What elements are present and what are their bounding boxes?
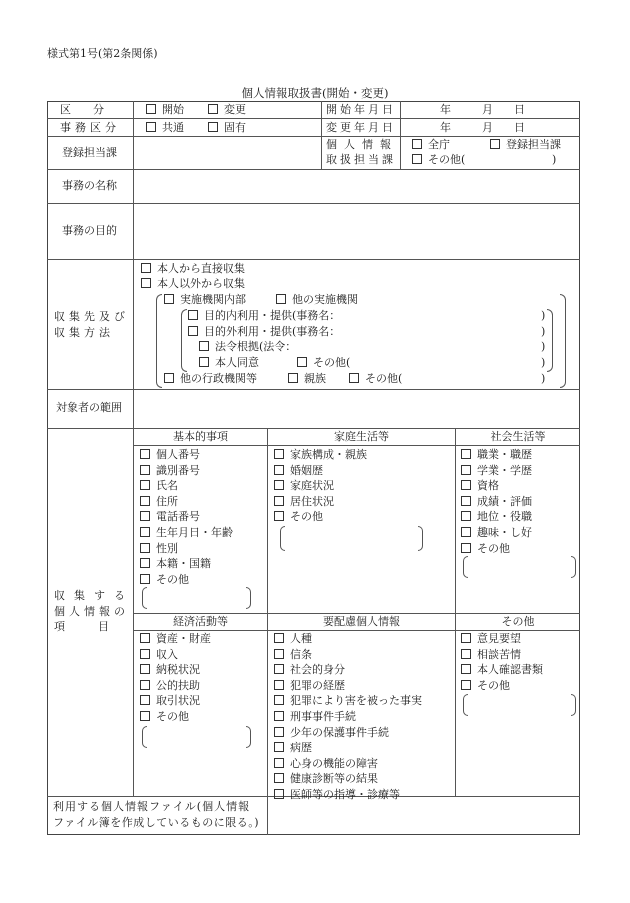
checkbox[interactable] bbox=[274, 449, 284, 459]
checkbox[interactable] bbox=[140, 574, 150, 584]
checkbox[interactable] bbox=[461, 480, 471, 490]
list-item[interactable]: 心身の機能の障害 bbox=[274, 756, 422, 772]
collect-other-agency[interactable]: 他の実施機関 bbox=[276, 293, 358, 307]
handler-label-line1: 個人情報 bbox=[326, 138, 398, 152]
list-item[interactable]: 家族構成・親族 bbox=[274, 447, 367, 463]
jimu-kubun-option-specific[interactable]: 固有 bbox=[208, 121, 246, 135]
checkbox[interactable] bbox=[141, 263, 151, 273]
checkbox[interactable] bbox=[140, 558, 150, 568]
list-item[interactable]: 犯罪により害を被った事実 bbox=[274, 693, 422, 709]
target-range-field[interactable] bbox=[134, 390, 579, 428]
checkbox[interactable] bbox=[461, 649, 471, 659]
close-paren: ) bbox=[541, 340, 545, 354]
jimu-purpose-label: 事務の目的 bbox=[62, 224, 117, 238]
start-date-month[interactable]: 月 bbox=[482, 103, 493, 117]
checkbox[interactable] bbox=[461, 633, 471, 643]
start-date-day[interactable]: 日 bbox=[514, 103, 525, 117]
collect-consent[interactable]: 本人同意 bbox=[199, 356, 259, 370]
checkbox[interactable] bbox=[140, 633, 150, 643]
checkbox[interactable] bbox=[140, 480, 150, 490]
checkbox[interactable] bbox=[274, 695, 284, 705]
checkbox[interactable] bbox=[274, 465, 284, 475]
items-label-line1: 収集する bbox=[54, 589, 134, 603]
bracket-right bbox=[246, 587, 251, 609]
change-date-label: 変更年月日 bbox=[326, 121, 396, 135]
checkbox[interactable] bbox=[274, 511, 284, 521]
list-item[interactable]: 職業・職歴 bbox=[461, 447, 532, 463]
list-item[interactable]: 信条 bbox=[274, 647, 422, 663]
list-item[interactable]: 住所 bbox=[140, 494, 233, 510]
collect-other[interactable]: その他( bbox=[297, 356, 350, 370]
tanto-label: 登録担当課 bbox=[62, 146, 117, 160]
handler-label-line2: 取扱担当課 bbox=[326, 153, 396, 167]
checkbox[interactable] bbox=[146, 122, 156, 132]
row-divider bbox=[47, 259, 580, 260]
checkbox[interactable] bbox=[274, 680, 284, 690]
list-item[interactable]: 成績・評価 bbox=[461, 494, 532, 510]
jimu-kubun-option-common[interactable]: 共通 bbox=[146, 121, 184, 135]
checkbox[interactable] bbox=[140, 543, 150, 553]
col-divider bbox=[455, 428, 456, 796]
checkbox[interactable] bbox=[274, 649, 284, 659]
list-item[interactable]: 病歴 bbox=[274, 740, 422, 756]
bracket-left bbox=[463, 694, 468, 716]
group-header-other: その他 bbox=[456, 615, 580, 629]
sensitive-items-list: 人種 信条 社会的身分 犯罪の経歴 犯罪により害を被った事実 刑事事件手続 少年… bbox=[274, 631, 422, 803]
other-items-list: 意見要望 相談苦情 本人確認書類 その他 bbox=[461, 631, 543, 693]
items-label-line3: 項 目 bbox=[54, 620, 109, 634]
checkbox[interactable] bbox=[208, 122, 218, 132]
checkbox[interactable] bbox=[140, 680, 150, 690]
list-item[interactable]: 健康診断等の結果 bbox=[274, 771, 422, 787]
checkbox[interactable] bbox=[461, 496, 471, 506]
list-item[interactable]: 居住状況 bbox=[274, 494, 367, 510]
checkbox[interactable] bbox=[274, 727, 284, 737]
checkbox[interactable] bbox=[188, 326, 198, 336]
handler-other-close: ) bbox=[552, 153, 556, 167]
list-item[interactable]: その他 bbox=[140, 572, 233, 588]
list-item[interactable]: 人種 bbox=[274, 631, 422, 647]
collect-other-gov[interactable]: 他の行政機関等 bbox=[164, 372, 257, 386]
kubun-option-change[interactable]: 変更 bbox=[208, 103, 246, 117]
list-item[interactable]: 取引状況 bbox=[140, 693, 211, 709]
list-item[interactable]: 納税状況 bbox=[140, 662, 211, 678]
kubun-option-start[interactable]: 開始 bbox=[146, 103, 184, 117]
checkbox[interactable] bbox=[140, 449, 150, 459]
list-item[interactable]: その他 bbox=[274, 509, 367, 525]
checkbox[interactable] bbox=[461, 543, 471, 553]
group-header-basic: 基本的事項 bbox=[134, 430, 267, 444]
checkbox[interactable] bbox=[188, 310, 198, 320]
list-item[interactable]: 学業・学歴 bbox=[461, 463, 532, 479]
bracket-left bbox=[142, 587, 147, 609]
checkbox[interactable] bbox=[276, 294, 286, 304]
checkbox[interactable] bbox=[412, 154, 422, 164]
checkbox[interactable] bbox=[274, 758, 284, 768]
bracket-left bbox=[142, 726, 147, 748]
close-paren: ) bbox=[541, 309, 545, 323]
handler-option-other[interactable]: その他( bbox=[412, 153, 465, 167]
checkbox[interactable] bbox=[140, 496, 150, 506]
checkbox[interactable] bbox=[208, 104, 218, 114]
list-item[interactable]: その他 bbox=[140, 709, 211, 725]
list-item[interactable]: 氏名 bbox=[140, 478, 233, 494]
list-item[interactable]: 社会的身分 bbox=[274, 662, 422, 678]
checkbox[interactable] bbox=[274, 711, 284, 721]
list-item[interactable]: 婚姻歴 bbox=[274, 463, 367, 479]
jimu-kubun-label: 事務区分 bbox=[60, 121, 120, 135]
checkbox[interactable] bbox=[461, 664, 471, 674]
bracket-right bbox=[418, 526, 423, 551]
economic-items-list: 資産・財産 収入 納税状況 公的扶助 取引状況 その他 bbox=[140, 631, 211, 725]
handler-option-all[interactable]: 全庁 bbox=[412, 138, 450, 152]
change-date-day[interactable]: 日 bbox=[514, 121, 525, 135]
collect-direct[interactable]: 本人から直接収集 bbox=[141, 262, 245, 276]
jimu-name-label: 事務の名称 bbox=[62, 179, 117, 193]
checkbox[interactable] bbox=[297, 357, 307, 367]
checkbox[interactable] bbox=[274, 480, 284, 490]
checkbox[interactable] bbox=[140, 711, 150, 721]
list-item[interactable]: 性別 bbox=[140, 541, 233, 557]
checkbox[interactable] bbox=[140, 511, 150, 521]
row-divider bbox=[133, 445, 580, 446]
group-header-economic: 経済活動等 bbox=[134, 615, 267, 629]
bracket-left bbox=[463, 556, 468, 578]
jimu-purpose-field[interactable] bbox=[134, 204, 579, 259]
bracket-right bbox=[571, 694, 576, 716]
handler-option-registered[interactable]: 登録担当課 bbox=[490, 138, 561, 152]
bracket-left bbox=[280, 526, 285, 551]
list-item[interactable]: 本人確認書類 bbox=[461, 662, 543, 678]
items-label-line2: 個人情報の bbox=[54, 605, 129, 619]
jimu-name-field[interactable] bbox=[134, 170, 579, 203]
target-range-label: 対象者の範囲 bbox=[56, 401, 122, 415]
bracket-right bbox=[571, 556, 576, 578]
list-item[interactable]: 趣味・し好 bbox=[461, 525, 532, 541]
checkbox[interactable] bbox=[274, 664, 284, 674]
tanto-field[interactable] bbox=[134, 137, 320, 169]
col-divider bbox=[321, 101, 322, 169]
bracket-right bbox=[246, 726, 251, 748]
list-item[interactable]: 個人番号 bbox=[140, 447, 233, 463]
list-item[interactable]: 意見要望 bbox=[461, 631, 543, 647]
start-date-label: 開始年月日 bbox=[326, 103, 396, 117]
list-item[interactable]: 相談苦情 bbox=[461, 647, 543, 663]
close-paren: ) bbox=[541, 372, 545, 386]
checkbox[interactable] bbox=[274, 773, 284, 783]
checkbox[interactable] bbox=[140, 695, 150, 705]
change-date-year[interactable]: 年 bbox=[440, 121, 451, 135]
checkbox[interactable] bbox=[140, 465, 150, 475]
list-item[interactable]: 地位・役職 bbox=[461, 509, 532, 525]
collect-relatives[interactable]: 親族 bbox=[288, 372, 326, 386]
collection-label-line2: 収集方法 bbox=[54, 326, 114, 340]
form-title: 個人情報取扱書(開始・変更) bbox=[0, 86, 630, 100]
file-label-line1: 利用する個人情報ファイル(個人情報 bbox=[53, 800, 250, 814]
collection-label-line1: 収集先及び bbox=[54, 310, 129, 324]
list-item[interactable]: 犯罪の経歴 bbox=[274, 678, 422, 694]
kubun-label: 区 分 bbox=[60, 103, 122, 117]
col-divider bbox=[400, 101, 401, 169]
checkbox[interactable] bbox=[412, 139, 422, 149]
list-item[interactable]: 刑事事件手続 bbox=[274, 709, 422, 725]
checkbox[interactable] bbox=[164, 373, 174, 383]
collect-other2[interactable]: その他( bbox=[349, 372, 402, 386]
checkbox[interactable] bbox=[140, 527, 150, 537]
checkbox[interactable] bbox=[164, 294, 174, 304]
row-divider bbox=[133, 613, 580, 614]
list-item[interactable]: その他 bbox=[461, 678, 543, 694]
basic-items-list: 個人番号 識別番号 氏名 住所 電話番号 生年月日・年齢 性別 本籍・国籍 その… bbox=[140, 447, 233, 587]
outer-bracket-left bbox=[156, 294, 162, 388]
close-paren: ) bbox=[541, 356, 545, 370]
list-item[interactable]: 少年の保護事件手続 bbox=[274, 725, 422, 741]
checkbox[interactable] bbox=[490, 139, 500, 149]
checkbox[interactable] bbox=[274, 496, 284, 506]
checkbox[interactable] bbox=[461, 680, 471, 690]
checkbox[interactable] bbox=[199, 341, 209, 351]
checkbox[interactable] bbox=[288, 373, 298, 383]
checkbox[interactable] bbox=[274, 742, 284, 752]
list-item[interactable]: 家庭状況 bbox=[274, 478, 367, 494]
inner-bracket-right bbox=[547, 309, 553, 372]
list-item[interactable]: 生年月日・年齢 bbox=[140, 525, 233, 541]
group-header-family: 家庭生活等 bbox=[268, 430, 455, 444]
list-item[interactable]: 資格 bbox=[461, 478, 532, 494]
collect-indirect[interactable]: 本人以外から収集 bbox=[141, 277, 245, 291]
checkbox[interactable] bbox=[146, 104, 156, 114]
collect-legal-basis[interactable]: 法令根拠(法令： bbox=[199, 340, 296, 354]
list-item[interactable]: その他 bbox=[461, 541, 532, 557]
form-number: 様式第1号(第2条関係) bbox=[47, 47, 158, 61]
checkbox[interactable] bbox=[461, 449, 471, 459]
list-item[interactable]: 本籍・国籍 bbox=[140, 556, 233, 572]
checkbox[interactable] bbox=[140, 649, 150, 659]
row-divider bbox=[47, 118, 580, 119]
list-item[interactable]: 公的扶助 bbox=[140, 678, 211, 694]
file-label-line2: ファイル簿を作成しているものに限る。) bbox=[53, 816, 259, 830]
checkbox[interactable] bbox=[349, 373, 359, 383]
group-header-social: 社会生活等 bbox=[456, 430, 580, 444]
collect-in-purpose[interactable]: 目的内利用・提供(事務名： bbox=[188, 309, 340, 323]
social-items-list: 職業・職歴 学業・学歴 資格 成績・評価 地位・役職 趣味・し好 その他 bbox=[461, 447, 532, 556]
inner-bracket-left bbox=[181, 309, 187, 372]
start-date-year[interactable]: 年 bbox=[440, 103, 451, 117]
checkbox[interactable] bbox=[274, 633, 284, 643]
group-header-sensitive: 要配慮個人情報 bbox=[268, 615, 455, 629]
collect-out-purpose[interactable]: 目的外利用・提供(事務名： bbox=[188, 325, 340, 339]
file-field[interactable] bbox=[268, 797, 579, 835]
checkbox[interactable] bbox=[461, 465, 471, 475]
outer-bracket-right bbox=[560, 294, 566, 388]
checkbox[interactable] bbox=[461, 511, 471, 521]
list-item[interactable]: 識別番号 bbox=[140, 463, 233, 479]
list-item[interactable]: 収入 bbox=[140, 647, 211, 663]
list-item[interactable]: 電話番号 bbox=[140, 509, 233, 525]
checkbox[interactable] bbox=[461, 527, 471, 537]
row-divider bbox=[47, 428, 580, 429]
col-divider bbox=[267, 428, 268, 835]
checkbox[interactable] bbox=[140, 664, 150, 674]
family-items-list: 家族構成・親族 婚姻歴 家庭状況 居住状況 その他 bbox=[274, 447, 367, 525]
checkbox[interactable] bbox=[199, 357, 209, 367]
checkbox[interactable] bbox=[141, 278, 151, 288]
collect-internal[interactable]: 実施機関内部 bbox=[164, 293, 246, 307]
list-item[interactable]: 資産・財産 bbox=[140, 631, 211, 647]
change-date-month[interactable]: 月 bbox=[482, 121, 493, 135]
close-paren: ) bbox=[541, 325, 545, 339]
